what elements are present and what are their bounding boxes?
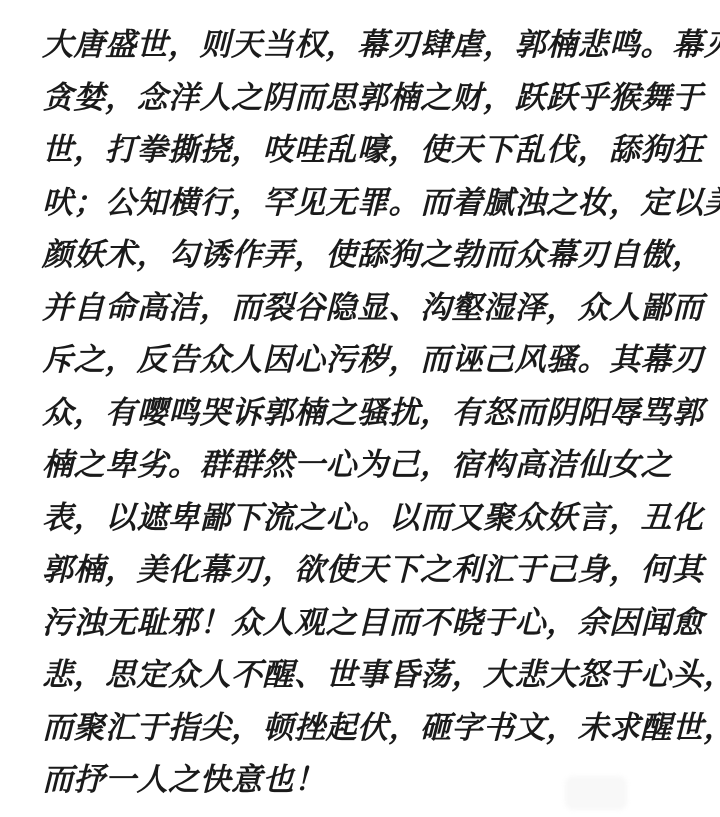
text-line: 世，打拳撕挠，吱哇乱嚎，使天下乱伐，舔狗狂 (42, 124, 690, 177)
text-block: 大唐盛世，则天当权，幕刃肆虐，郭楠悲鸣。幕刃 贪婪，念洋人之阴而思郭楠之财，跃跃… (42, 19, 690, 807)
text-line: 斥之，反告众人因心污秽，而诬己风骚。其幕刃 (42, 334, 690, 387)
text-line: 污浊无耻邪！众人观之目而不晓于心，余因闻愈 (42, 597, 690, 650)
text-line: 而聚汇于指尖，顿挫起伏，砸字书文，未求醒世， (42, 702, 690, 755)
text-line: 大唐盛世，则天当权，幕刃肆虐，郭楠悲鸣。幕刃 (42, 19, 690, 72)
text-line: 郭楠，美化幕刃，欲使天下之利汇于己身，何其 (42, 544, 690, 597)
watermark (565, 776, 627, 810)
text-line: 颜妖术，勾诱作弄，使舔狗之勃而众幕刃自傲， (42, 229, 690, 282)
text-line: 吠；公知横行，罕见无罪。而着腻浊之妆，定以美 (42, 177, 690, 230)
text-line: 悲，思定众人不醒、世事昏荡，大悲大怒于心头， (42, 649, 690, 702)
text-line: 并自命高洁，而裂谷隐显、沟壑湿泽，众人鄙而 (42, 282, 690, 335)
document-page: 大唐盛世，则天当权，幕刃肆虐，郭楠悲鸣。幕刃 贪婪，念洋人之阴而思郭楠之财，跃跃… (0, 0, 720, 817)
text-line: 楠之卑劣。群群然一心为己，宿构高洁仙女之 (42, 439, 690, 492)
text-line: 贪婪，念洋人之阴而思郭楠之财，跃跃乎猴舞于 (42, 72, 690, 125)
text-line: 表，以遮卑鄙下流之心。以而又聚众妖言，丑化 (42, 492, 690, 545)
text-line: 众，有嘤鸣哭诉郭楠之骚扰，有怒而阴阳辱骂郭 (42, 387, 690, 440)
